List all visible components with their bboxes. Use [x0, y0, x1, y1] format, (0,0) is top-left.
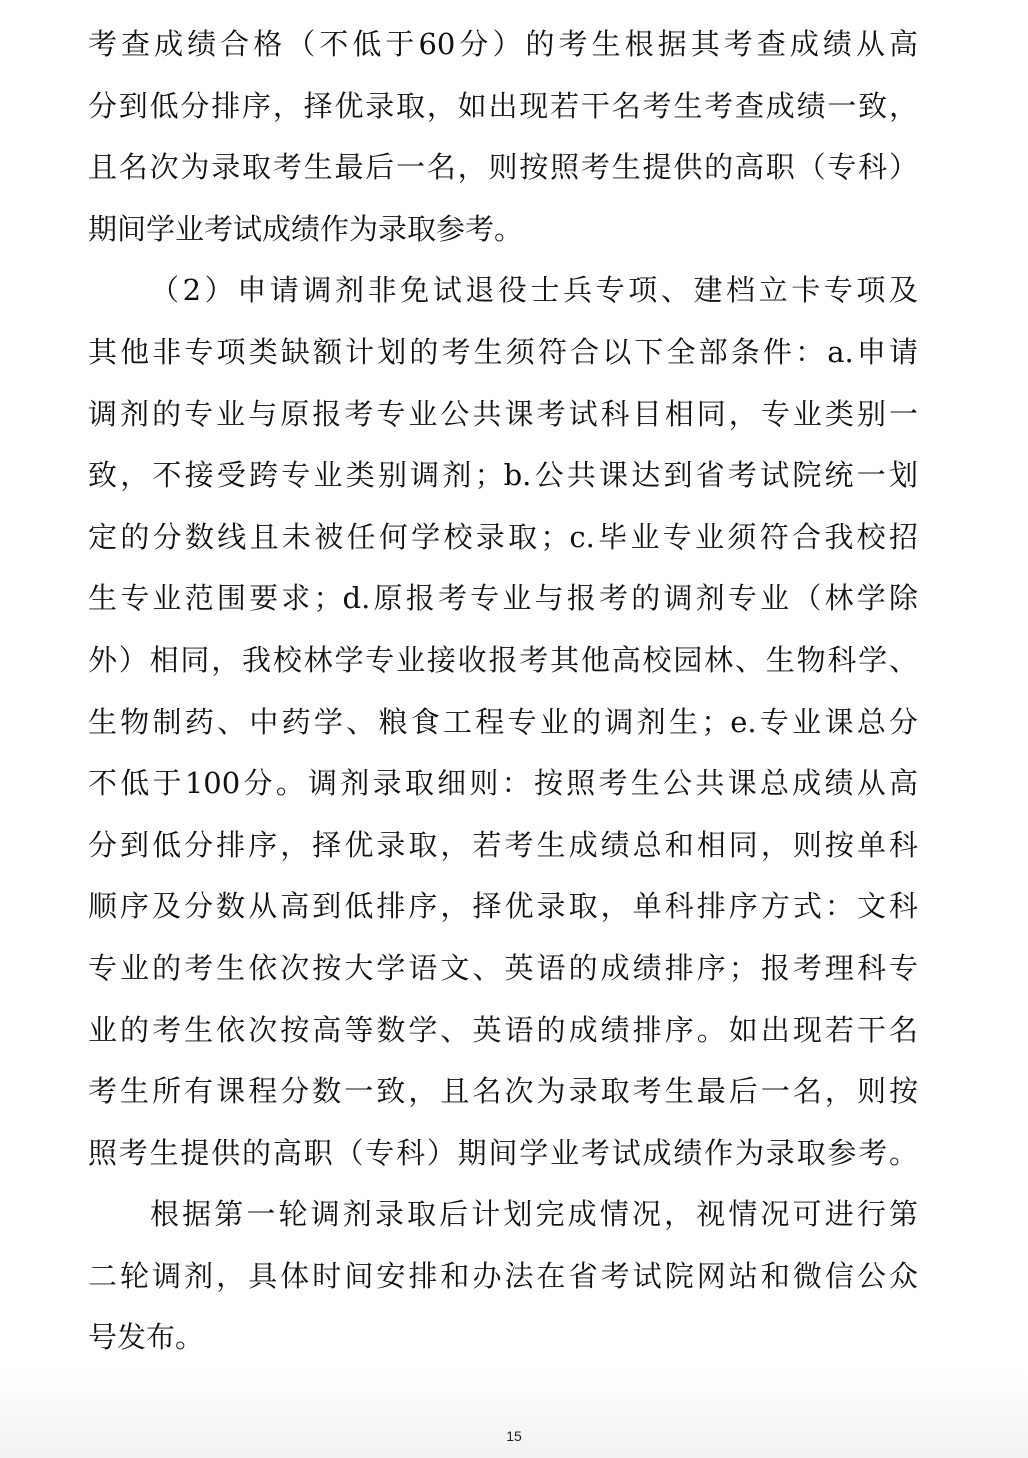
text-line: 不低于100分。调剂录取细则：按照考生公共课总成绩从高: [88, 753, 918, 815]
text-line: 定的分数线且未被任何学校录取；c.毕业专业须符合我校招: [88, 507, 918, 569]
page-number: 15: [0, 1428, 1028, 1444]
text-line: 调剂的专业与原报考专业公共课考试科目相同，专业类别一: [88, 384, 918, 446]
text-line: 号发布。: [88, 1307, 918, 1369]
paragraph-1: 考查成绩合格（不低于60分）的考生根据其考查成绩从高 分到低分排序，择优录取，如…: [88, 14, 918, 260]
text-line: 分到低分排序，择优录取，如出现若干名考生考查成绩一致，: [88, 76, 918, 138]
text-line: 考生所有课程分数一致，且名次为录取考生最后一名，则按: [88, 1061, 918, 1123]
text-line: 顺序及分数从高到低排序，择优录取，单科排序方式：文科: [88, 876, 918, 938]
text-line: 生专业范围要求；d.原报考专业与报考的调剂专业（林学除: [88, 568, 918, 630]
document-page: 考查成绩合格（不低于60分）的考生根据其考查成绩从高 分到低分排序，择优录取，如…: [88, 14, 918, 1369]
text-line: 业的考生依次按高等数学、英语的成绩排序。如出现若干名: [88, 1000, 918, 1062]
text-line: 专业的考生依次按大学语文、英语的成绩排序；报考理科专: [88, 938, 918, 1000]
paragraph-2: （2）申请调剂非免试退役士兵专项、建档立卡专项及 其他非专项类缺额计划的考生须符…: [88, 260, 918, 1184]
text-line: 致，不接受跨专业类别调剂；b.公共课达到省考试院统一划: [88, 445, 918, 507]
text-line: 照考生提供的高职（专科）期间学业考试成绩作为录取参考。: [88, 1123, 918, 1185]
paragraph-3: 根据第一轮调剂录取后计划完成情况，视情况可进行第 二轮调剂，具体时间安排和办法在…: [88, 1184, 918, 1369]
text-line: 二轮调剂，具体时间安排和办法在省考试院网站和微信公众: [88, 1246, 918, 1308]
text-line: （2）申请调剂非免试退役士兵专项、建档立卡专项及: [88, 260, 918, 322]
text-line: 根据第一轮调剂录取后计划完成情况，视情况可进行第: [88, 1184, 918, 1246]
text-line: 外）相同，我校林学专业接收报考其他高校园林、生物科学、: [88, 630, 918, 692]
text-line: 生物制药、中药学、粮食工程专业的调剂生；e.专业课总分: [88, 692, 918, 754]
text-line: 期间学业考试成绩作为录取参考。: [88, 199, 918, 261]
text-line: 且名次为录取考生最后一名，则按照考生提供的高职（专科）: [88, 137, 918, 199]
text-line: 考查成绩合格（不低于60分）的考生根据其考查成绩从高: [88, 14, 918, 76]
text-line: 其他非专项类缺额计划的考生须符合以下全部条件：a.申请: [88, 322, 918, 384]
text-line: 分到低分排序，择优录取，若考生成绩总和相同，则按单科: [88, 815, 918, 877]
